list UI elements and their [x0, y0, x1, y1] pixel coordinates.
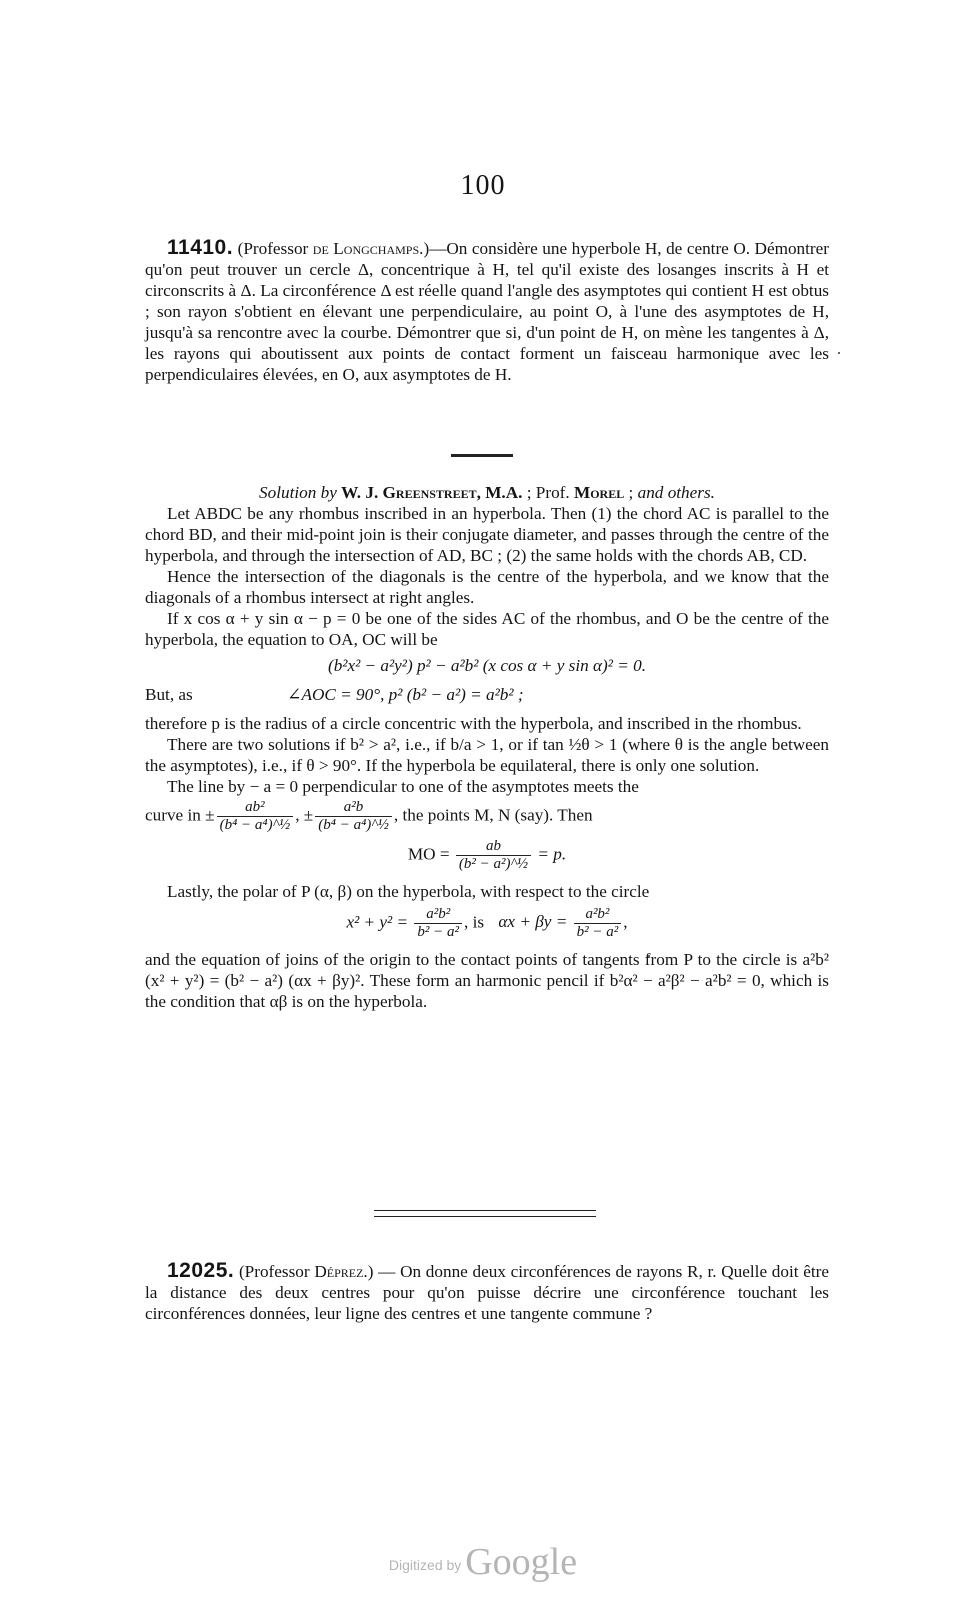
solution-paragraph: The line by − a = 0 perpendicular to one…: [145, 776, 829, 797]
equation-2-row: But, as ∠AOC = 90°, p² (b² − a²) = a²b² …: [145, 684, 829, 705]
plus-minus: , ±: [295, 805, 313, 824]
fraction-numerator: a²b: [315, 799, 392, 816]
fraction-numerator: ab: [456, 838, 531, 855]
fraction-denominator: b² − a²: [574, 923, 622, 941]
curve-points-row: curve in ±ab²(b⁴ − a⁴)^½, ±a²b(b⁴ − a⁴)^…: [145, 799, 829, 834]
byline-separator: ; Prof.: [522, 483, 574, 502]
solution-paragraph: Hence the intersection of the diagonals …: [145, 566, 829, 608]
fraction-numerator: a²b²: [414, 906, 462, 923]
question-11410: 11410. (Professor de Longchamps.)—On con…: [145, 237, 829, 385]
byline-separator: ;: [624, 483, 637, 502]
eq3-lhs-2: αx + βy =: [498, 912, 567, 931]
solution-byline: Solution by W. J. Greenstreet, M.A. ; Pr…: [145, 482, 829, 503]
question-number: 12025.: [167, 1259, 234, 1282]
eq3-is: , is: [464, 912, 484, 931]
watermark-prefix: Digitized by: [389, 1557, 465, 1573]
solution-paragraph: There are two solutions if b² > a², i.e.…: [145, 734, 829, 776]
but-as-label: But, as: [145, 685, 193, 704]
eq3-fraction-2: a²b²b² − a²: [574, 906, 622, 941]
equation-3: x² + y² = a²b²b² − a², is αx + βy = a²b²…: [145, 906, 829, 941]
solution-paragraph: Let ABDC be any rhombus inscribed in an …: [145, 503, 829, 566]
byline-prefix: Solution by: [259, 483, 337, 502]
solution-paragraph: therefore p is the radius of a circle co…: [145, 713, 829, 734]
mo-equation: MO = ab(b² − a²)^½ = p.: [145, 838, 829, 873]
fraction-1: ab²(b⁴ − a⁴)^½: [217, 799, 294, 834]
fraction-numerator: a²b²: [574, 906, 622, 923]
eq3-fraction: a²b²b² − a²: [414, 906, 462, 941]
points-text: , the points M, N (say). Then: [394, 805, 593, 824]
solution-paragraph: If x cos α + y sin α − p = 0 be one of t…: [145, 608, 829, 650]
eq3-end: ,: [623, 912, 627, 931]
scan-speck: [648, 955, 650, 957]
solution-paragraph: and the equation of joins of the origin …: [145, 949, 829, 1012]
author-prefix: (Professor: [239, 1262, 314, 1281]
question-number: 11410.: [167, 236, 233, 259]
fraction-2: a²b(b⁴ − a⁴)^½: [315, 799, 392, 834]
byline-author-1: W. J. Greenstreet, M.A.: [341, 483, 522, 502]
eq3-lhs: x² + y² =: [346, 912, 408, 931]
mo-fraction: ab(b² − a²)^½: [456, 838, 531, 873]
double-section-divider: [374, 1210, 596, 1217]
byline-suffix: and others.: [638, 483, 715, 502]
curve-in-label: curve in ±: [145, 805, 215, 824]
solution-paragraph: Lastly, the polar of P (α, β) on the hyp…: [145, 881, 829, 902]
fraction-numerator: ab²: [217, 799, 294, 816]
byline-author-2: Morel: [574, 483, 624, 502]
section-divider: [451, 454, 513, 457]
fraction-denominator: (b² − a²)^½: [456, 855, 531, 873]
mo-rhs: = p.: [537, 844, 566, 863]
question-text: —On considère une hyperbole H, de centre…: [145, 239, 829, 384]
author-name: de Longchamps.: [313, 239, 424, 258]
question-12025: 12025. (Professor Déprez.) — On donne de…: [145, 1260, 829, 1324]
fraction-denominator: b² − a²: [414, 923, 462, 941]
solution-block: Solution by W. J. Greenstreet, M.A. ; Pr…: [145, 482, 829, 1012]
equation-1: (b²x² − a²y²) p² − a²b² (x cos α + y sin…: [145, 655, 829, 676]
equation-2: ∠AOC = 90°, p² (b² − a²) = a²b² ;: [287, 685, 524, 704]
scan-speck: [838, 352, 840, 354]
fraction-denominator: (b⁴ − a⁴)^½: [217, 816, 294, 834]
author-prefix: (Professor: [238, 239, 313, 258]
digitized-by-google-watermark: Digitized by Google: [0, 1540, 966, 1584]
author-name: Déprez.: [314, 1262, 367, 1281]
fraction-denominator: (b⁴ − a⁴)^½: [315, 816, 392, 834]
google-logo-text: Google: [465, 1541, 577, 1583]
mo-lhs: MO =: [408, 844, 450, 863]
page-number: 100: [0, 170, 966, 202]
